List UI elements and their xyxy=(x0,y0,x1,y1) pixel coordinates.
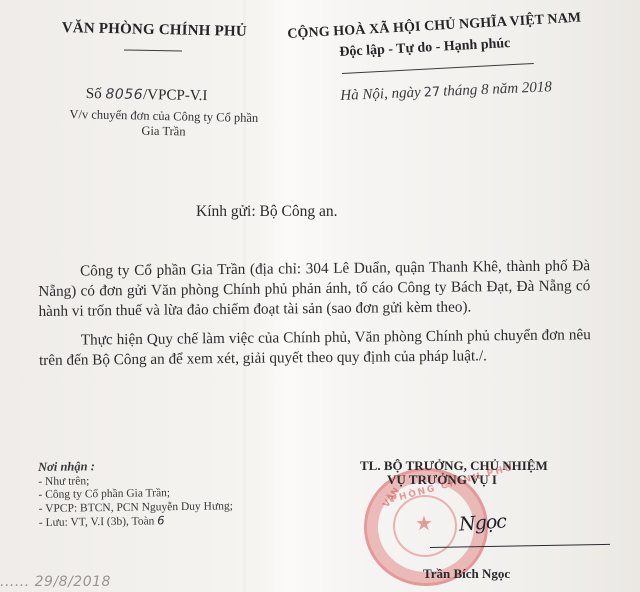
signatory-title-line2: VỤ TRƯỞNG VỤ I xyxy=(387,472,497,488)
national-motto: Độc lập - Tự do - Hạnh phúc xyxy=(339,36,511,61)
recipient-item: - VPCP: BTCN, PCN Nguyễn Duy Hưng; xyxy=(39,500,233,516)
recipients-block: Nơi nhận : - Như trên; - Công ty Cổ phần… xyxy=(38,458,233,530)
number-handwritten: 8056 xyxy=(105,86,143,103)
issuing-organization: VĂN PHÒNG CHÍNH PHỦ xyxy=(62,20,247,41)
signer-name: Trần Bích Ngọc xyxy=(423,566,510,582)
handwritten-mark: 6 xyxy=(157,513,165,527)
body-paragraph: Công ty Cổ phần Gia Trần (địa chỉ: 304 L… xyxy=(38,256,591,322)
recipient-item-archive: - Lưu: VT, V.I (3b), Toàn 6 xyxy=(39,513,233,530)
handwritten-note: ...... 29/8/2018 xyxy=(0,574,111,590)
letter-body: Công ty Cổ phần Gia Trần (địa chỉ: 304 L… xyxy=(38,256,591,380)
place-date-month-year: tháng 8 năm 2018 xyxy=(443,79,552,100)
document-number: Số 8056/VPCP-V.I xyxy=(86,86,208,105)
number-suffix: /VPCP-V.I xyxy=(143,87,208,104)
organization-underline xyxy=(124,49,182,51)
salutation: Kính gửi: Bộ Công an. xyxy=(196,203,337,221)
recipients-title: Nơi nhận : xyxy=(38,458,232,474)
place-date-prefix: Hà Nội, ngày xyxy=(340,85,421,104)
national-title: CỘNG HOÀ XÃ HỘI CHỦ NGHĨA VIỆT NAM xyxy=(287,11,582,43)
body-paragraph: Thực hiện Quy chế làm việc của Chính phủ… xyxy=(39,325,591,371)
day-handwritten: 27 xyxy=(420,85,443,101)
handwritten-signature: Ngọc xyxy=(458,510,506,535)
motto-underline xyxy=(342,63,534,74)
document-subject: V/v chuyển đơn của Công ty Cổ phần Gia T… xyxy=(65,107,262,141)
number-prefix: Số xyxy=(86,86,102,102)
star-icon: ★ xyxy=(415,511,433,535)
recipient-item: - Lưu: VT, V.I (3b), Toàn xyxy=(39,515,155,529)
place-and-date: Hà Nội, ngày27tháng 8 năm 2018 xyxy=(340,79,552,105)
